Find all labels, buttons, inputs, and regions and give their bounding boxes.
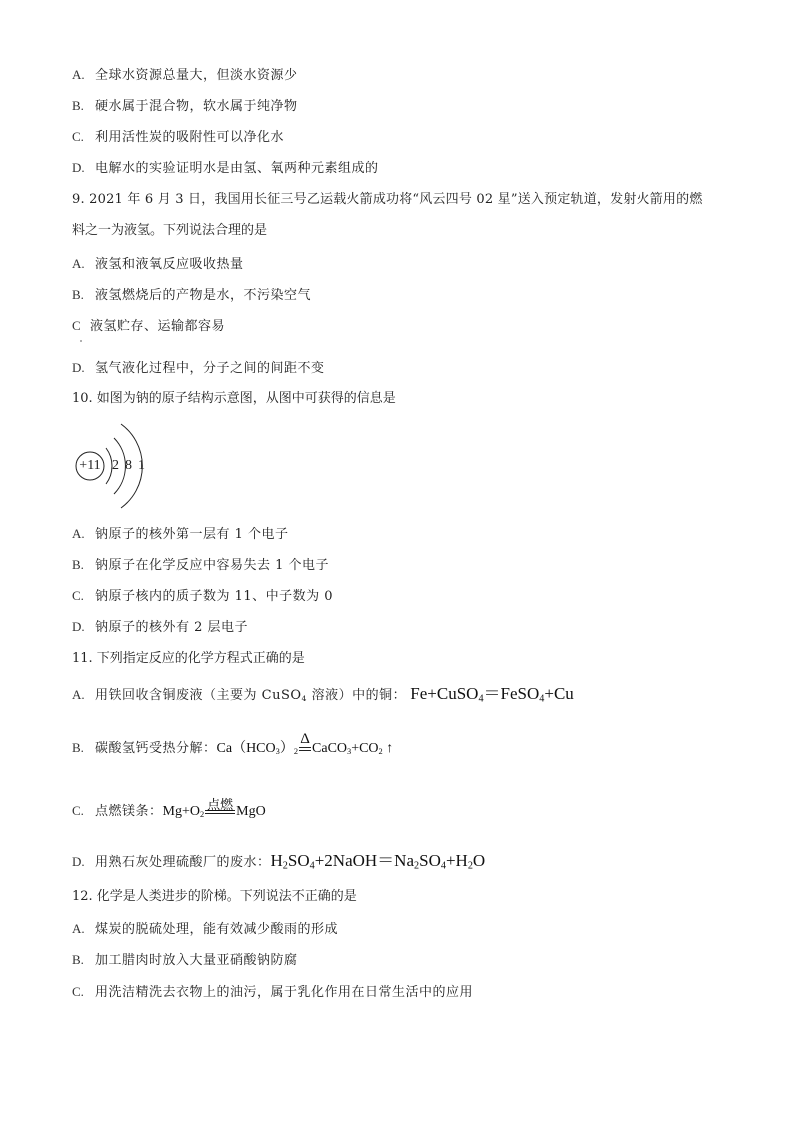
eq-part: ＝FeSO [484, 684, 540, 703]
option-label: C [72, 318, 90, 334]
q10-stem: 10. 如图为钠的原子结构示意图，从图中可获得的信息是 [72, 391, 396, 407]
q11-option-a: A.用铁回收含铜废液（主要为 CuSO4 溶液）中的铜： Fe+CuSO4＝Fe… [72, 684, 574, 704]
option-label: C. [72, 984, 95, 1000]
option-text: 电解水的实验证明水是由氢、氧两种元素组成的 [95, 161, 379, 176]
q9-option-d: D.氢气液化过程中，分子之间的间距不变 [72, 360, 325, 376]
option-text-part: 溶液）中的铜： [307, 688, 406, 703]
option-label: A. [72, 685, 95, 705]
q11-option-b: B.碳酸氢钙受热分解：Ca（HCO3）2ΔCaCO3+CO2 ↑ [72, 738, 393, 758]
option-label: B. [72, 952, 95, 968]
q12-option-b: B.加工腊肉时放入大量亚硝酸钠防腐 [72, 952, 298, 968]
chemical-equation: H2SO4+2NaOH＝Na2SO4+H2O [271, 851, 486, 870]
option-text: 钠原子核内的质子数为 11、中子数为 0 [95, 589, 333, 604]
option-label: D. [72, 619, 95, 635]
q9-option-b: B.液氢燃烧后的产物是水，不污染空气 [72, 287, 311, 303]
eq-part: Fe+CuSO [410, 684, 478, 703]
condition-ignite: 点燃 [205, 798, 235, 811]
q10-option-b: B.钠原子在化学反应中容易失去 1 个电子 [72, 557, 329, 573]
sodium-atom-structure-diagram: +11 2 8 1 [72, 418, 162, 517]
option-text: 碳酸氢钙受热分解： [95, 741, 217, 756]
eq-part: O [473, 851, 485, 870]
option-text: 利用活性炭的吸附性可以净化水 [95, 130, 284, 145]
shell-2-electrons: 8 [125, 458, 132, 474]
option-label: C. [72, 801, 95, 821]
option-label: D. [72, 852, 95, 872]
eq-part: Ca（HCO [217, 741, 276, 756]
option-text: 钠原子在化学反应中容易失去 1 个电子 [95, 558, 329, 573]
condition-heat-symbol: Δ [299, 732, 311, 747]
q10-option-c: C.钠原子核内的质子数为 11、中子数为 0 [72, 588, 333, 604]
option-label: A. [72, 921, 95, 937]
q8-option-b: B.硬水属于混合物，软水属于纯净物 [72, 98, 298, 114]
eq-part: +CO [351, 741, 378, 756]
option-text: 钠原子的核外第一层有 1 个电子 [95, 527, 289, 542]
q12-option-c: C.用洗洁精洗去衣物上的油污，属于乳化作用在日常生活中的应用 [72, 984, 473, 1000]
q8-option-d: D.电解水的实验证明水是由氢、氧两种元素组成的 [72, 160, 379, 176]
double-line-equals [299, 747, 311, 751]
option-label: C. [72, 588, 95, 604]
chemical-equation: Fe+CuSO4＝FeSO4+Cu [410, 684, 574, 703]
option-text: 全球水资源总量大，但淡水资源少 [95, 68, 298, 83]
q9-option-c: C液氢贮存、运输都容易 [72, 318, 225, 334]
eq-part: H [271, 851, 283, 870]
subscript: 2 [200, 810, 204, 819]
option-text-part: 用铁回收含铜废液（主要为 CuSO [95, 688, 302, 703]
option-text: 点燃镁条： [95, 804, 163, 819]
option-label: B. [72, 287, 95, 303]
option-text: 液氢和液氧反应吸收热量 [95, 257, 244, 272]
q11-stem: 11. 下列指定反应的化学方程式正确的是 [72, 651, 305, 667]
option-label: A. [72, 256, 95, 272]
eq-part: SO [288, 851, 310, 870]
option-text: 煤炭的脱硫处理，能有效减少酸雨的形成 [95, 922, 338, 937]
option-text: 氢气液化过程中，分子之间的间距不变 [95, 361, 325, 376]
option-text: 加工腊肉时放入大量亚硝酸钠防腐 [95, 953, 298, 968]
option-text: 用洗洁精洗去衣物上的油污，属于乳化作用在日常生活中的应用 [95, 985, 473, 1000]
stray-dot [80, 340, 82, 342]
option-text: 钠原子的核外有 2 层电子 [95, 620, 248, 635]
q10-option-a: A.钠原子的核外第一层有 1 个电子 [72, 526, 289, 542]
option-text: 用铁回收含铜废液（主要为 CuSO4 溶液）中的铜： [95, 688, 406, 703]
eq-part: CaCO [312, 741, 347, 756]
option-text: 用熟石灰处理硫酸厂的废水： [95, 855, 271, 870]
q9-stem-line1: 9. 2021 年 6 月 3 日，我国用长征三号乙运载火箭成功将“风云四号 0… [72, 192, 703, 208]
option-label: C. [72, 129, 95, 145]
eq-part: +Cu [544, 684, 573, 703]
eq-part: SO [419, 851, 441, 870]
q10-option-d: D.钠原子的核外有 2 层电子 [72, 619, 248, 635]
chemical-equation: Ca（HCO3）2ΔCaCO3+CO2 ↑ [217, 741, 394, 756]
eq-part: Mg+O [163, 804, 200, 819]
eq-part: +H [446, 851, 468, 870]
shell-3-electrons: 1 [138, 458, 145, 474]
option-label: A. [72, 526, 95, 542]
option-label: B. [72, 738, 95, 758]
q12-option-a: A.煤炭的脱硫处理，能有效减少酸雨的形成 [72, 921, 338, 937]
option-text: 液氢贮存、运输都容易 [90, 319, 225, 334]
q8-option-a: A.全球水资源总量大，但淡水资源少 [72, 67, 298, 83]
reaction-condition: 点燃 [205, 802, 235, 822]
q11-option-d: D.用熟石灰处理硫酸厂的废水：H2SO4+2NaOH＝Na2SO4+H2O [72, 851, 485, 871]
reaction-condition: Δ [299, 739, 311, 759]
up-arrow-gas: ↑ [383, 741, 394, 756]
eq-part: +2NaOH＝Na [315, 851, 414, 870]
option-label: A. [72, 67, 95, 83]
option-label: B. [72, 98, 95, 114]
q12-stem: 12. 化学是人类进步的阶梯。下列说法不正确的是 [72, 889, 357, 905]
shell-1-electrons: 2 [112, 458, 119, 474]
option-text: 液氢燃烧后的产物是水，不污染空气 [95, 288, 311, 303]
q11-option-c: C.点燃镁条：Mg+O2点燃MgO [72, 801, 266, 821]
eq-part: MgO [236, 804, 266, 819]
nucleus-charge: +11 [76, 458, 104, 474]
chemical-equation: Mg+O2点燃MgO [163, 804, 266, 819]
subscript: 2 [294, 747, 298, 756]
option-text: 硬水属于混合物，软水属于纯净物 [95, 99, 298, 114]
option-label: D. [72, 360, 95, 376]
q9-stem-line2: 料之一为液氢。下列说法合理的是 [72, 223, 267, 239]
eq-part: ） [280, 741, 294, 756]
q8-option-c: C.利用活性炭的吸附性可以净化水 [72, 129, 284, 145]
option-label: B. [72, 557, 95, 573]
option-label: D. [72, 160, 95, 176]
q9-option-a: A.液氢和液氧反应吸收热量 [72, 256, 244, 272]
